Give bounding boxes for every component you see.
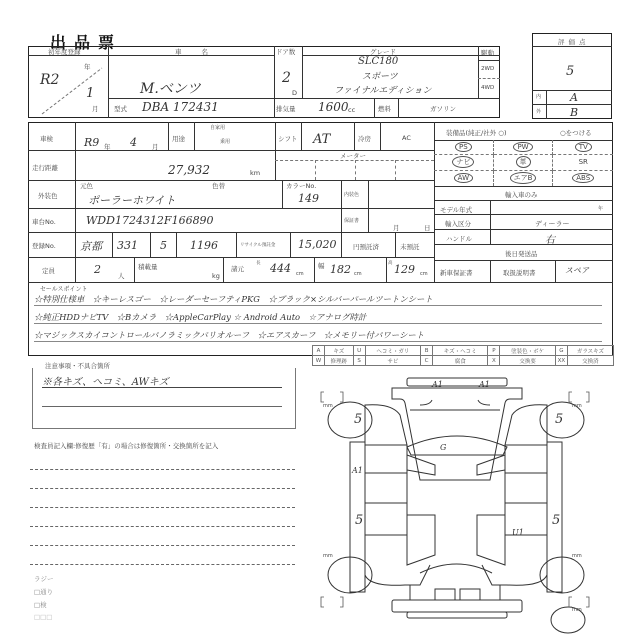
import-only-label: 輸入車のみ xyxy=(505,190,538,199)
mileage-value: 27,932 xyxy=(168,163,210,177)
legend-row: W修理跡SサビC腐食X交換要XX交換済 xyxy=(313,356,614,366)
footer-label-1: ラジー xyxy=(34,574,54,583)
equipment-item-label: SR xyxy=(579,158,588,166)
dims-label: 諸元 xyxy=(231,264,244,273)
purpose-label: 用途 xyxy=(172,134,185,143)
tire-unit-fr: mm xyxy=(572,403,582,409)
sales-points-label: セールスポイント xyxy=(40,284,87,293)
legend-code: W xyxy=(313,356,325,366)
legend-code: B xyxy=(421,346,433,356)
doors-suffix: D xyxy=(292,89,297,97)
model-label: 型式 xyxy=(114,104,127,113)
grade-line-2: スポーツ xyxy=(362,69,398,82)
fuel-value: ガソリン xyxy=(430,104,456,113)
mark-left-door: A1 xyxy=(352,466,363,475)
purpose-sub: 自家用 xyxy=(210,124,225,131)
equipment-item: PW xyxy=(494,140,554,155)
mark-front-left-bumper: A1 xyxy=(432,380,443,389)
notes-line-1: ※各キズ、ヘコミ、AWキズ xyxy=(42,373,282,388)
length-value: 444 xyxy=(270,262,291,275)
mark-front-right-bumper: A1 xyxy=(479,380,490,389)
legend-text: 修理跡 xyxy=(325,356,354,366)
vin-value: WDD1724312F166890 xyxy=(86,214,214,227)
legend-code: P xyxy=(488,346,500,356)
footer-label-4: □□□ xyxy=(34,613,52,621)
grade-line-1: SLC180 xyxy=(358,56,398,67)
equipment-item-label: ナビ xyxy=(452,156,474,168)
exterior-grade: B xyxy=(570,106,578,119)
color-no-label: カラーNo. xyxy=(286,181,316,190)
equipment-item-label: 革 xyxy=(516,156,531,168)
recycle-value: 15,020 xyxy=(298,238,337,251)
warranty-month: 月 xyxy=(393,223,400,232)
docs-label: 後日発送品 xyxy=(505,249,538,258)
legend-code: C xyxy=(421,356,433,366)
mark-windshield: G xyxy=(440,443,446,452)
tire-rear-right: 5 xyxy=(552,513,560,528)
reg-label: 登録No. xyxy=(32,241,56,250)
inspection-label: 車検 xyxy=(40,134,53,143)
equipment-item: ABS xyxy=(553,171,613,186)
equipment-item: ナビ xyxy=(434,155,494,170)
equipment-item-label: PW xyxy=(513,142,532,152)
equipment-item: SR xyxy=(553,155,613,170)
legend-text: 交換済 xyxy=(567,356,613,366)
legend-text: 塗装色・ボケ xyxy=(500,346,556,356)
model-value: DBA 172431 xyxy=(142,100,219,114)
score-value: 5 xyxy=(566,64,574,79)
inspection-year-char: 年 xyxy=(104,142,111,151)
orig-color-label: 元色 xyxy=(80,181,93,190)
equipment-item: TV xyxy=(553,140,613,155)
warranty-day: 日 xyxy=(424,223,431,232)
equipment-note: ○をつける xyxy=(560,128,592,137)
equipment-item: AW xyxy=(434,171,494,186)
footer-label-3: □検 xyxy=(34,600,47,609)
recycle-label: リサイクル預託金 xyxy=(240,242,275,248)
interior-grade: A xyxy=(570,91,578,104)
tire-unit-rr: mm xyxy=(572,553,582,559)
legend-code: X xyxy=(488,356,500,366)
sales-point-line-1: ☆特別仕様車 ☆キーレスゴー ☆レーダーセーフティPKG ☆ブラック×シルバーパ… xyxy=(34,293,602,306)
capacity-value: 2 xyxy=(94,263,101,276)
displacement-label: 排気量 xyxy=(276,104,296,113)
legend-code: U xyxy=(353,346,365,356)
height-unit: cm xyxy=(420,271,428,277)
color-change-label: 色替 xyxy=(212,181,225,190)
legend-text: 交換要 xyxy=(500,356,556,366)
legend-row: AキズUヘコミ・ガリBキズ・ヘコミP塗装色・ボケGガラスキズ xyxy=(313,346,614,356)
footer-label-2: □通り xyxy=(34,587,53,596)
equipment-item-label: エアB xyxy=(510,172,537,184)
tire-unit-rl: mm xyxy=(323,553,333,559)
ac-value: AC xyxy=(402,134,411,142)
score-label: 評価点 xyxy=(558,37,590,46)
model-year-unit: 年 xyxy=(598,205,603,212)
car-name-value: M.ベンツ xyxy=(140,78,201,98)
displacement-value: 1600 xyxy=(318,100,349,114)
inspection-year: R9 xyxy=(84,136,99,149)
fuel-label: 燃料 xyxy=(378,104,391,113)
exterior-grade-label: 外 xyxy=(536,108,541,115)
purpose-sub2: 乗用 xyxy=(220,138,230,145)
legend-text: ガラスキズ xyxy=(567,346,613,356)
drive-4wd: 4WD xyxy=(481,85,494,91)
legend-code: G xyxy=(555,346,567,356)
recycle-status: 未預託 xyxy=(400,242,420,251)
inspection-month: 4 xyxy=(130,136,137,149)
warranty-label: 保証書 xyxy=(344,217,359,224)
equipment-item-label: PS xyxy=(455,142,472,152)
color-no-value: 149 xyxy=(298,192,319,205)
mark-rear-right: U1 xyxy=(512,528,524,537)
legend-code: S xyxy=(353,356,365,366)
damage-legend: AキズUヘコミ・ガリBキズ・ヘコミP塗装色・ボケGガラスキズW修理跡SサビC腐食… xyxy=(312,345,614,366)
width-value: 182 xyxy=(330,263,351,276)
width-label: 幅 xyxy=(318,261,325,270)
docs-item-1: 新車保証書 xyxy=(440,268,473,277)
legend-code: A xyxy=(313,346,325,356)
capacity-label: 定員 xyxy=(42,266,55,275)
docs-value: スペア xyxy=(565,265,589,276)
doors-value: 2 xyxy=(282,70,291,86)
sales-point-line-2: ☆純正HDDナビTV ☆Bカメラ ☆AppleCarPlay ☆ Android… xyxy=(34,311,602,324)
handle-label: ハンドル xyxy=(446,234,472,243)
meter-label: メーター xyxy=(340,151,366,160)
height-label: 高 xyxy=(388,260,393,266)
legend-text: キズ xyxy=(325,346,354,356)
equipment-item-label: ABS xyxy=(572,173,594,183)
legend-code: XX xyxy=(555,356,567,366)
load-unit: kg xyxy=(212,272,220,280)
ext-color-value: ポーラーホワイト xyxy=(88,192,176,208)
equipment-item-label: TV xyxy=(575,142,592,152)
reg-kana: 5 xyxy=(160,239,167,252)
legend-text: サビ xyxy=(365,356,421,366)
shift-value: AT xyxy=(313,132,330,147)
import-type-value: ディーラー xyxy=(535,219,569,229)
length-label: 長 xyxy=(256,260,261,266)
equipment-item: エアB xyxy=(494,171,554,186)
reg-area: 京都 xyxy=(80,238,102,254)
recycle-unit: 円預託済 xyxy=(353,242,379,251)
inspector-label: 検査員記入欄:修復歴「有」の場合は修復箇所・交換箇所を記入 xyxy=(34,441,218,450)
legend-text: キズ・ヘコミ xyxy=(433,346,488,356)
docs-item-2: 取扱説明書 xyxy=(503,268,536,277)
mileage-unit: km xyxy=(250,169,260,177)
doors-label: ドア数 xyxy=(276,47,295,56)
equipment-title: 装備品(純正/社外 ○) xyxy=(446,128,507,137)
displacement-unit: cc xyxy=(348,106,355,114)
vin-label: 車台No. xyxy=(32,217,56,226)
legend-text: 腐食 xyxy=(433,356,488,366)
tire-front-right: 5 xyxy=(555,412,563,427)
ac-label: 冷房 xyxy=(358,134,371,143)
equipment-item: 革 xyxy=(494,155,554,170)
model-year-label: モデル年式 xyxy=(440,205,472,214)
tire-unit-fl: mm xyxy=(323,403,333,409)
tire-rear-left: 5 xyxy=(355,513,363,528)
drive-2wd: 2WD xyxy=(481,66,494,72)
inspection-month-char: 月 xyxy=(152,142,159,151)
import-type-label: 輸入区分 xyxy=(445,219,471,228)
equipment-item-label: AW xyxy=(454,173,473,183)
equipment-item: PS xyxy=(434,140,494,155)
width-unit: cm xyxy=(354,271,362,277)
legend-text: ヘコミ・ガリ xyxy=(365,346,421,356)
int-color-label: 内装色 xyxy=(344,191,359,198)
tire-front-left: 5 xyxy=(354,412,362,427)
height-value: 129 xyxy=(394,263,415,276)
drive-label: 駆動 xyxy=(481,48,494,57)
capacity-unit: 人 xyxy=(118,271,125,280)
load-label: 積載量 xyxy=(138,262,158,271)
reg-number: 1196 xyxy=(190,239,218,252)
grade-line-3: ファイナルエディション xyxy=(334,83,431,96)
mileage-label: 走行距離 xyxy=(32,163,58,172)
interior-grade-label: 内 xyxy=(536,93,541,100)
reg-class: 331 xyxy=(117,239,138,252)
equipment-grid: PSPWTVナビ革SRAWエアBABS xyxy=(434,140,613,186)
sales-point-line-3: ☆マジックスカイコントロールパノラミックバリオルーフ ☆エアスカーフ ☆メモリー… xyxy=(34,329,602,342)
shift-label: シフト xyxy=(278,134,298,143)
length-unit: cm xyxy=(296,271,304,277)
tire-unit-spare: mm xyxy=(572,607,582,613)
ext-color-label: 外装色 xyxy=(38,191,58,200)
